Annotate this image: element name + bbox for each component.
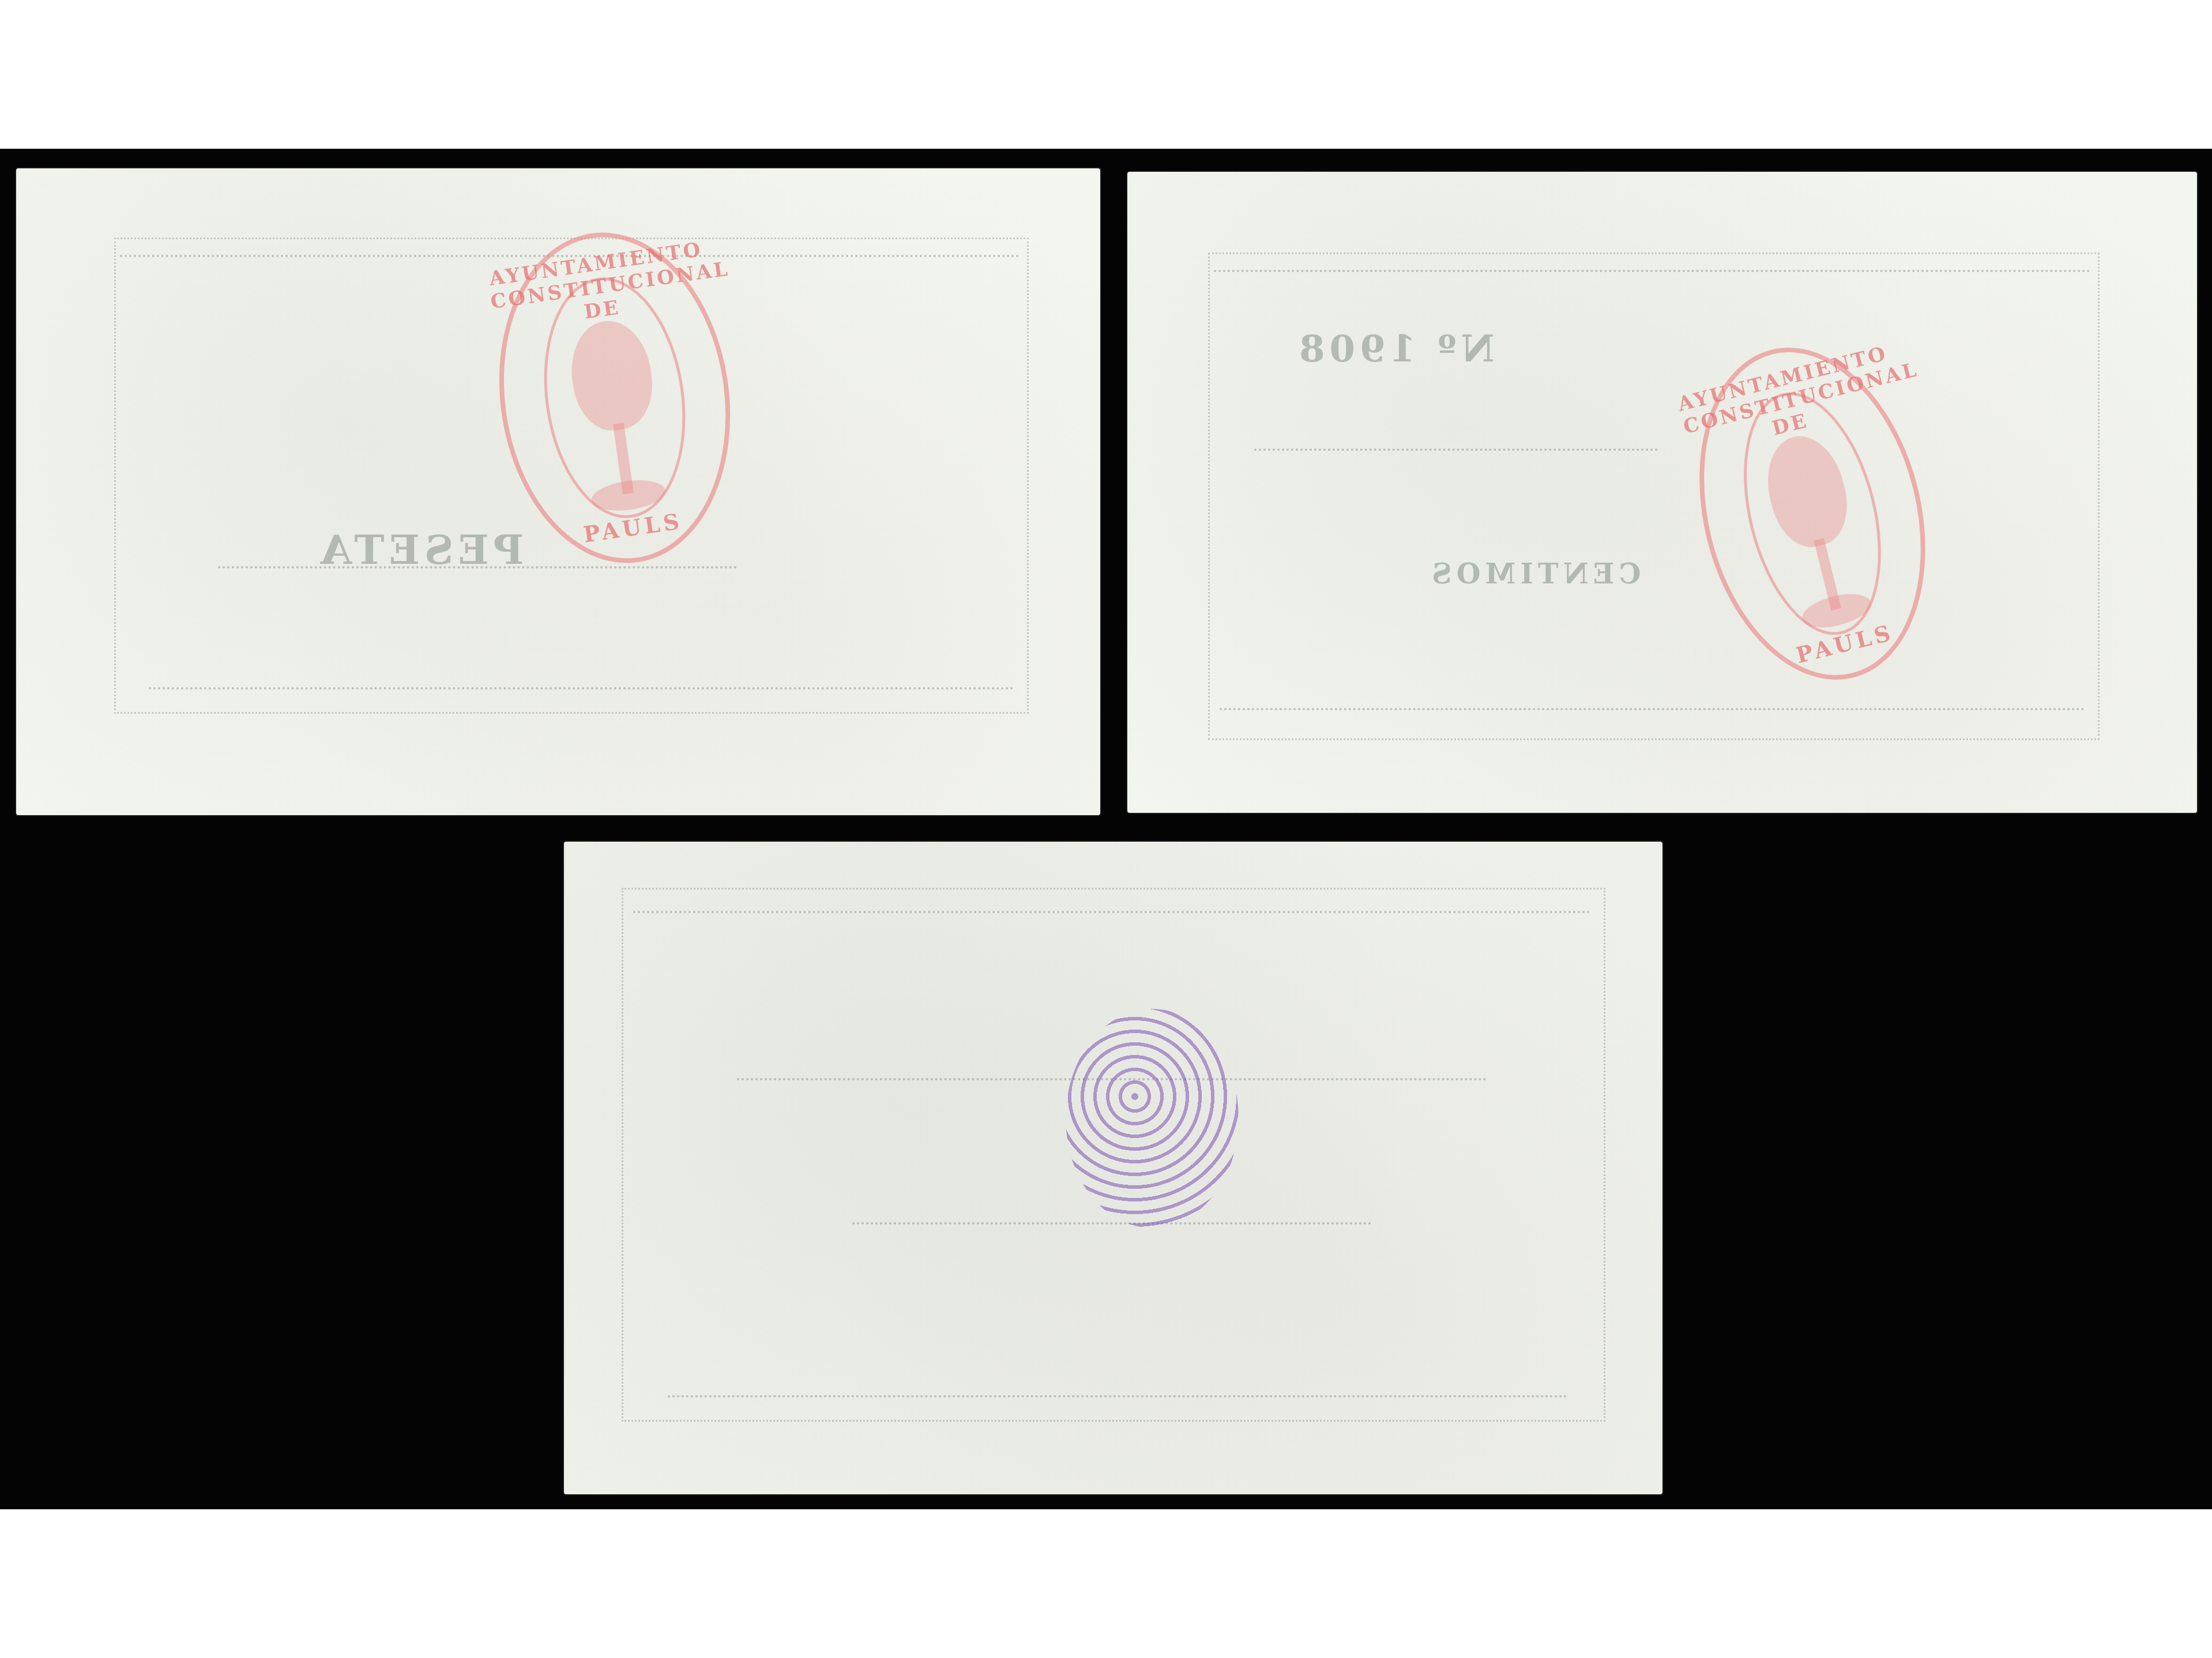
- purple-seal: [1066, 1009, 1239, 1228]
- show-through-frame: [1208, 253, 2100, 740]
- banknote-2: Nº 1908 CENTIMOS AYUNTAMIENTO CONSTITUCI…: [1127, 172, 2197, 813]
- banknote-3: [564, 842, 1662, 1494]
- show-through-serial: Nº 1908: [1295, 327, 1495, 371]
- show-through-line: [1214, 270, 2090, 272]
- show-through-line: [633, 911, 1590, 913]
- banknote-1: PESETA AYUNTAMIENTO CONSTITUCIONAL DE PA…: [16, 168, 1100, 815]
- show-through-line: [1254, 449, 1658, 451]
- show-through-line: [668, 1395, 1567, 1397]
- show-through-line: [1220, 708, 2085, 710]
- show-through-denomination: PESETA: [316, 526, 524, 574]
- show-through-line: [852, 1222, 1371, 1224]
- show-through-line: [149, 687, 1014, 689]
- show-through-denomination: CENTIMOS: [1427, 558, 1641, 590]
